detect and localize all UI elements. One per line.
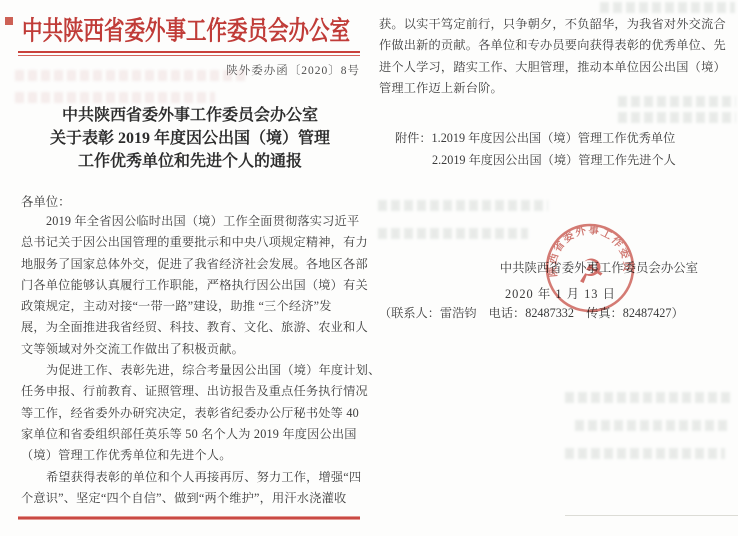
bleedthrough-artifact (378, 200, 548, 211)
signature-date: 2020 年 1 月 13 日 (505, 284, 616, 302)
bleedthrough-artifact (575, 420, 730, 431)
body-line: 2019 年全省因公临时出国（境）工作全面贯彻落实习近平 (21, 211, 365, 232)
body-line: 总书记关于因公出国管理的重要批示和中央八项规定精神，有力 (21, 232, 365, 253)
signature-organization: 中共陕西省委外事工作委员会办公室 (500, 258, 698, 276)
body-line: 进个人学习，踏实工作、大胆管理，推动本单位因公出国（境） (379, 57, 727, 78)
scan-artifact-line (565, 515, 738, 516)
attachment-item-1: 附件：1.2019 年度因公出国（境）管理工作优秀单位 (395, 128, 676, 150)
attachment-item-2: 2.2019 年度因公出国（境）管理工作先进个人 (432, 150, 676, 172)
body-line: 任务申报、行前教育、证照管理、出访报告及重点任务执行情况 (21, 381, 365, 402)
bleedthrough-artifact (565, 448, 725, 459)
body-line: 门各单位能够认真履行工作职能，严格执行因公出国（境）有关 (21, 275, 365, 296)
title-line-3: 工作优秀单位和先进个人的通报 (18, 150, 362, 173)
body-line: 等工作，经省委外办研究决定，表彰省纪委办公厅秘书处等 40 (21, 403, 365, 424)
body-line: 希望获得表彰的单位和个人再接再厉、努力工作，增强“四 (21, 467, 365, 488)
salutation: 各单位： (21, 192, 71, 210)
body-line: 政策规定，主动对接“一带一路”建设，助推 “三个经济”发 (21, 296, 365, 317)
left-page-footer-line (18, 516, 360, 520)
bleedthrough-artifact (565, 392, 730, 403)
bleedthrough-artifact (378, 228, 528, 239)
body-line: 展，为全面推进我省经贸、科技、教育、文化、旅游、农业和人 (21, 317, 365, 338)
bleedthrough-artifact (15, 92, 215, 103)
body-text-right-page: 获。以实干笃定前行，只争朝夕，不负韶华，为我省对外交流合 作做出新的贡献。各单位… (379, 14, 727, 100)
masthead-divider-line (18, 51, 360, 56)
bleedthrough-artifact (600, 2, 735, 13)
body-line: 获。以实干笃定前行，只争朝夕，不负韶华，为我省对外交流合 (379, 14, 727, 35)
document-masthead: 中共陕西省委外事工作委员会办公室 (12, 9, 360, 47)
body-line: 为促进工作、表彰先进，综合考量因公出国（境）年度计划、 (21, 360, 365, 381)
body-line: 作做出新的贡献。各单位和专办员要向获得表彰的优秀单位、先 (379, 35, 727, 56)
bleedthrough-artifact (618, 96, 736, 107)
title-line-1: 中共陕西省委外事工作委员会办公室 (18, 104, 362, 127)
document-title: 中共陕西省委外事工作委员会办公室 关于表彰 2019 年度因公出国（境）管理 工… (18, 104, 362, 173)
body-text-left-page: 2019 年全省因公临时出国（境）工作全面贯彻落实习近平 总书记关于因公出国管理… (21, 211, 365, 509)
body-line: 地服务了国家总体外交，促进了我省经济社会发展。各地区各部 (21, 254, 365, 275)
body-line: 家单位和省委组织部任英乐等 50 名个人为 2019 年度因公出国 (21, 424, 365, 445)
title-line-2: 关于表彰 2019 年度因公出国（境）管理 (18, 127, 362, 150)
body-line: （境）管理工作优秀单位和先进个人。 (21, 445, 365, 466)
scanned-document: 中共陕西省委外事工作委员会办公室 陕外委办函〔2020〕8号 中共陕西省委外事工… (0, 0, 738, 536)
contact-info: （联系人：雷浩钧 电话：82487332 传真：82487427） (379, 304, 684, 321)
body-line: 个意识”、坚定“四个自信”、做到“两个维护”，用汗水浇灌收 (21, 488, 365, 509)
attachments-list: 附件：1.2019 年度因公出国（境）管理工作优秀单位 2.2019 年度因公出… (395, 128, 676, 171)
bleedthrough-artifact (15, 70, 245, 81)
bleedthrough-artifact (618, 112, 736, 123)
body-line: 文等领域对外交流工作做出了积极贡献。 (21, 339, 365, 360)
